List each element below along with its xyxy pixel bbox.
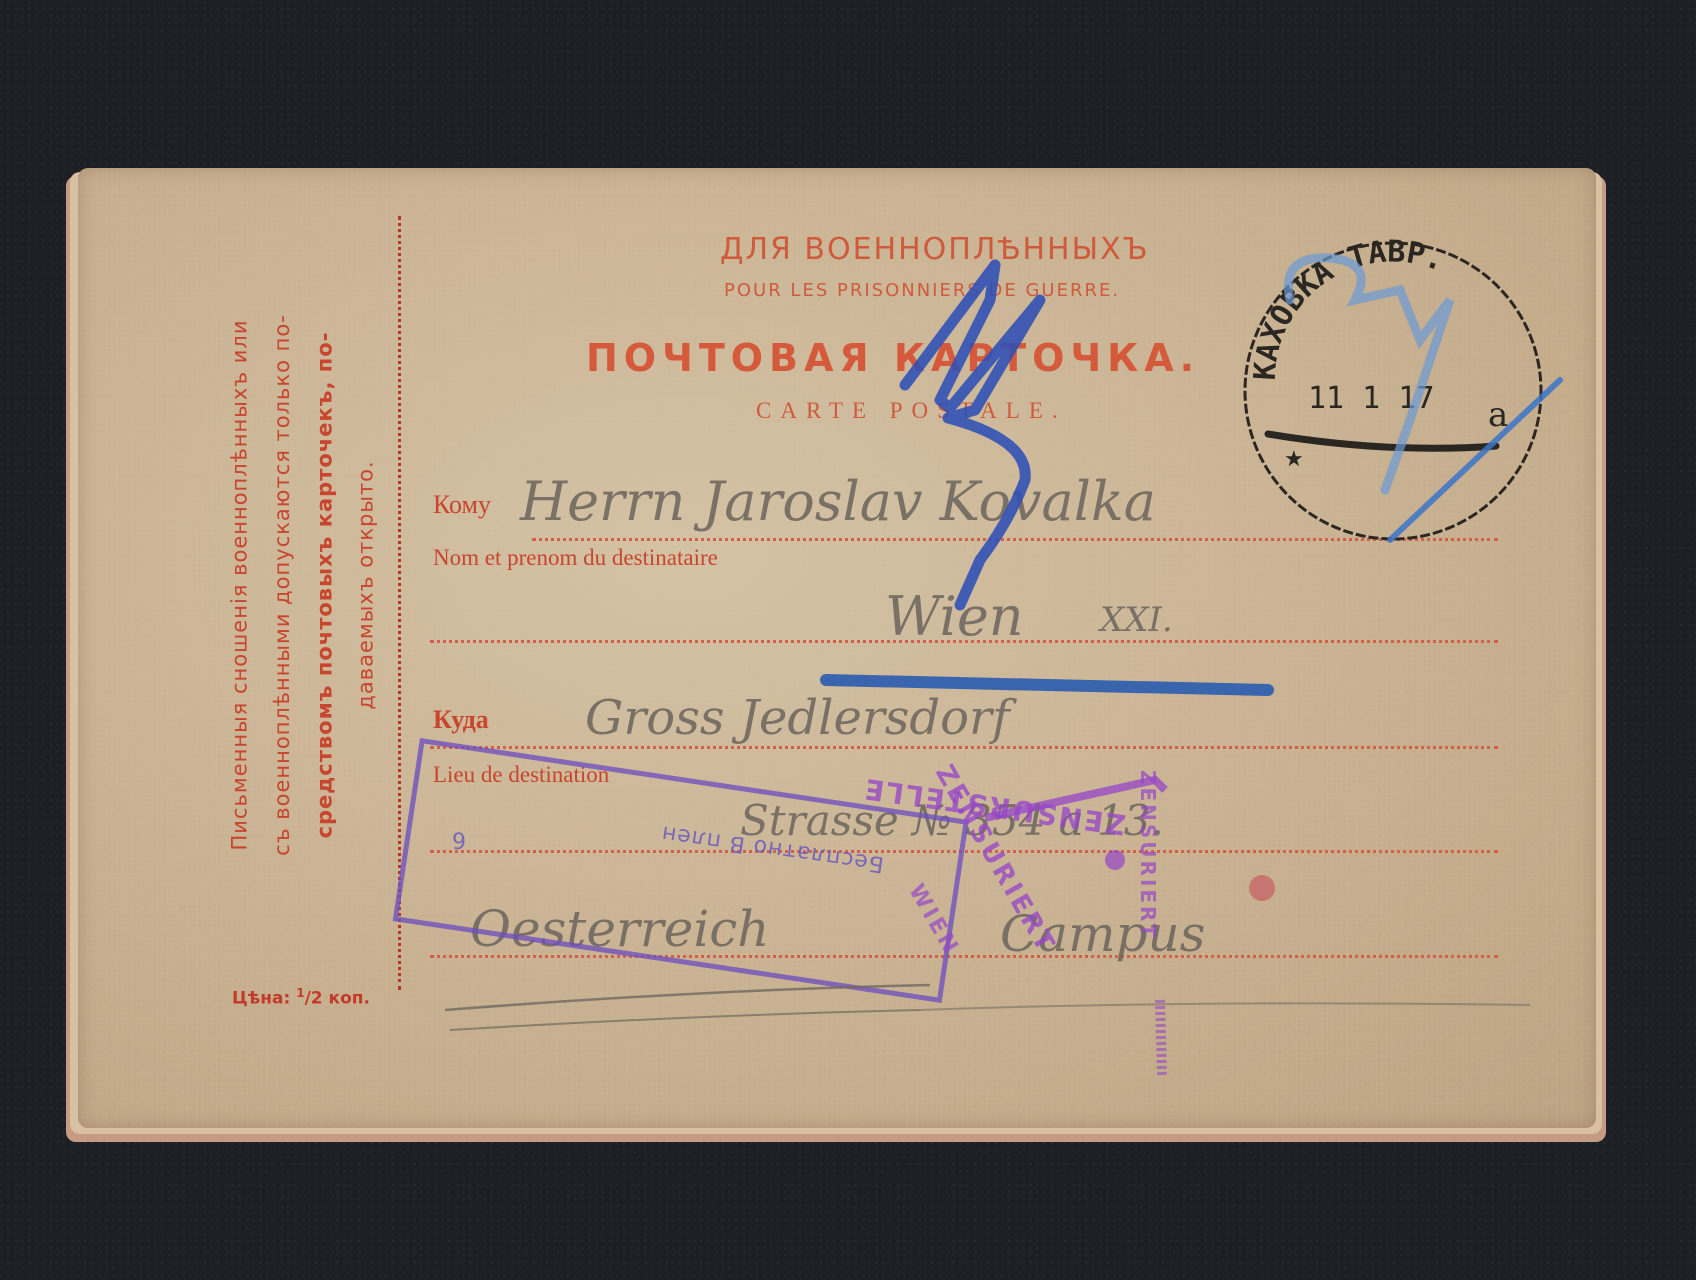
- postmark-place: КАХОВКА ТАВР.: [1248, 236, 1449, 381]
- instructions-column: Письменныя сношенія военноплѣнныхъ или с…: [225, 225, 395, 945]
- instruction-line: Письменныя сношенія военноплѣнныхъ или: [225, 225, 255, 945]
- handwritten-district: XXI.: [1100, 600, 1173, 640]
- header-fr: POUR LES PRISONNIERS DE GUERRE.: [724, 280, 1120, 301]
- star-icon: ★: [1284, 446, 1304, 471]
- postmark: КАХОВКА ТАВР. 11 1 17 ★ a: [1238, 236, 1548, 546]
- postmark-letter: a: [1488, 395, 1508, 435]
- header-ru: ДЛЯ ВОЕННОПЛѢННЫХЪ: [720, 232, 1150, 267]
- recipient-label-ru: Кому: [433, 490, 491, 520]
- instruction-line: даваемыхъ открыто.: [351, 225, 381, 945]
- handwritten-recipient: Herrn Jaroslav Kovalka: [520, 470, 1156, 533]
- card-title-ru: ПОЧТОВАЯ КАРТОЧКА.: [586, 336, 1200, 380]
- destination-label-ru: Куда: [433, 705, 489, 735]
- handwritten-street: Gross Jedlersdorf: [585, 690, 1010, 746]
- postmark-date: 11 1 17: [1308, 381, 1434, 416]
- address-line: [430, 746, 1498, 749]
- censor-box-number: 9: [452, 830, 466, 855]
- censor-stamp-line: ZENSURIERT: [1136, 770, 1160, 940]
- handwritten-city: Wien: [885, 585, 1024, 648]
- recipient-label-fr: Nom et prenom du destinataire: [433, 545, 718, 571]
- instruction-line: съ военноплѣнными допускаются только по-: [267, 225, 297, 945]
- card-title-fr: CARTE POSTALE.: [756, 398, 1067, 424]
- price-label: Цѣна: 1/2 коп.: [232, 986, 370, 1009]
- instruction-line: средствомъ почтовыхъ карточекъ, по-: [309, 225, 339, 945]
